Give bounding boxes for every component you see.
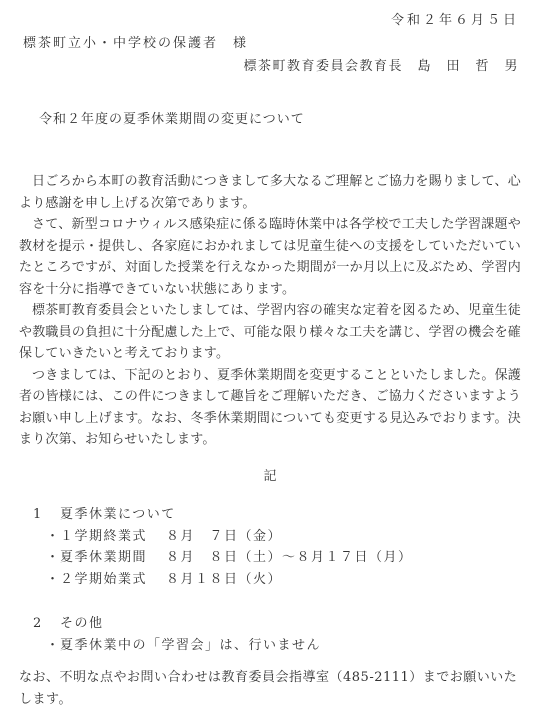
sender-line: 標茶町教育委員会教育長 島 田 哲 男: [19, 56, 521, 78]
document-date: 令和２年６月５日: [19, 10, 521, 32]
document-page: 令和２年６月５日 標茶町立小・中学校の保護者 様 標茶町教育委員会教育長 島 田…: [0, 0, 540, 728]
section-number: 2: [33, 613, 60, 635]
bullet-icon: ・: [46, 635, 60, 657]
other-list: ・ 夏季休業中の「学習会」は、行いません: [19, 635, 521, 657]
recipient-line: 標茶町立小・中学校の保護者 様: [19, 33, 521, 55]
section-heading: 2その他: [19, 613, 521, 635]
document-title: 令和２年度の夏季休業期間の変更について: [19, 109, 521, 131]
sections: 1夏季休業について ・ １学期終業式 ８月 ７日（金） ・ 夏季休業期間 ８月 …: [19, 504, 521, 656]
record-marker: 記: [19, 466, 521, 488]
schedule-item-vacation-period: ・ 夏季休業期間 ８月 ８日（土）～８月１７日（月）: [19, 547, 521, 569]
bullet-icon: ・: [46, 526, 60, 548]
schedule-item-label: １学期終業式: [60, 526, 166, 548]
other-item-label: 夏季休業中の「学習会」は、行いません: [60, 635, 321, 657]
schedule-item-value: ８月 ８日（土）～８月１７日（月）: [166, 547, 413, 569]
section-heading-label: その他: [60, 616, 104, 631]
section-summer-vacation: 1夏季休業について ・ １学期終業式 ８月 ７日（金） ・ 夏季休業期間 ８月 …: [19, 504, 521, 590]
section-heading-label: 夏季休業について: [60, 507, 176, 522]
section-number: 1: [33, 504, 60, 526]
paragraph-background: さて、新型コロナウィルス感染症に係る臨時休業中は各学校で工夫した学習課題や教材を…: [19, 214, 521, 300]
schedule-item-label: ２学期始業式: [60, 569, 166, 591]
footer-contact-note: なお、不明な点やお問い合わせは教育委員会指導室（485-2111）までお願いいた…: [19, 667, 521, 710]
section-other: 2その他 ・ 夏季休業中の「学習会」は、行いません: [19, 613, 521, 656]
schedule-item-term2-opening: ・ ２学期始業式 ８月１８日（火）: [19, 569, 521, 591]
paragraph-request: つきましては、下記のとおり、夏季休業期間を変更することといたしました。保護者の皆…: [19, 365, 521, 451]
section-heading: 1夏季休業について: [19, 504, 521, 526]
document-body: 日ごろから本町の教育活動につきまして多大なるご理解とご協力を賜りまして、心より感…: [19, 171, 521, 451]
schedule-list: ・ １学期終業式 ８月 ７日（金） ・ 夏季休業期間 ８月 ８日（土）～８月１７…: [19, 526, 521, 591]
bullet-icon: ・: [46, 547, 60, 569]
bullet-icon: ・: [46, 569, 60, 591]
schedule-item-value: ８月１８日（火）: [166, 569, 282, 591]
schedule-item-value: ８月 ７日（金）: [166, 526, 282, 548]
paragraph-policy: 標茶町教育委員会といたしましては、学習内容の確実な定着を図るため、児童生徒や教職…: [19, 300, 521, 365]
schedule-item-term1-closing: ・ １学期終業式 ８月 ７日（金）: [19, 526, 521, 548]
paragraph-greeting: 日ごろから本町の教育活動につきまして多大なるご理解とご協力を賜りまして、心より感…: [19, 171, 521, 214]
other-item-no-study-session: ・ 夏季休業中の「学習会」は、行いません: [19, 635, 521, 657]
schedule-item-label: 夏季休業期間: [60, 547, 166, 569]
